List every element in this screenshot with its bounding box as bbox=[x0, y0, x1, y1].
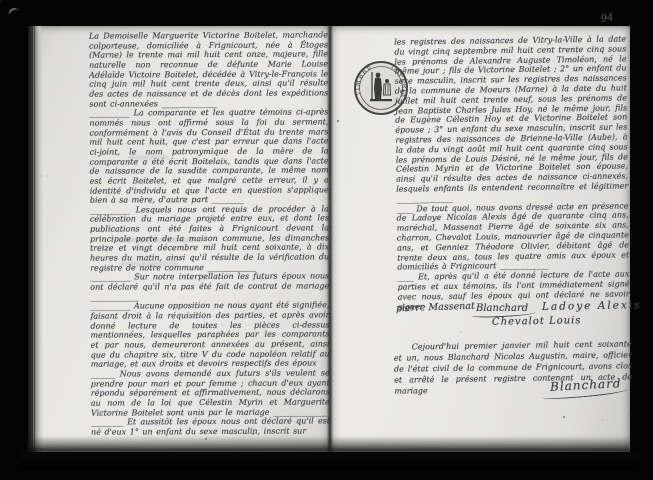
handwritten-paragraph: __________ Lesquels nous ont requis de p… bbox=[90, 204, 329, 273]
handwritten-paragraph: La Demoiselle Marguerite Victorine Boite… bbox=[89, 30, 328, 109]
dust-specks bbox=[0, 0, 2, 2]
signature-chevalot: Chevalot Louis bbox=[492, 315, 582, 328]
signature-ladoye: Ladoye Alexis bbox=[542, 299, 642, 313]
signature-blanchard-witness: Blanchard bbox=[476, 303, 528, 314]
handwritten-paragraph: les registres des naissances de Vitry-la… bbox=[394, 34, 628, 204]
signature-massenat: pierre Massenat bbox=[396, 301, 475, 315]
handwritten-paragraph: ______ Nous avons demandé aux futurs s'i… bbox=[91, 368, 330, 418]
binding-gutter bbox=[327, 26, 333, 452]
folio-number: 94 bbox=[600, 12, 614, 25]
book-fore-edge bbox=[28, 26, 43, 452]
handwritten-paragraph: __________ Aucune opposition ne nous aya… bbox=[90, 301, 329, 370]
right-page-handwritten-text: les registres des naissances de Vitry-la… bbox=[394, 34, 630, 312]
scan-bottom-shadow bbox=[20, 447, 638, 469]
left-page-handwritten-text: La Demoiselle Marguerite Victorine Boite… bbox=[89, 30, 330, 437]
handwritten-paragraph: __________ La comparante et les quatre t… bbox=[89, 108, 329, 206]
handwritten-paragraph: __________ Sur notre interpellation les … bbox=[90, 272, 329, 302]
signature-mayor-blanchard: Blanchard bbox=[550, 376, 622, 394]
handwritten-paragraph: ____ De tout quoi, nous avons dressé act… bbox=[396, 201, 629, 273]
register-scan: La Demoiselle Marguerite Victorine Boite… bbox=[0, 0, 653, 480]
handwritten-paragraph: ________ Et aussitôt les époux nous ont … bbox=[91, 417, 330, 438]
scan-artifact bbox=[7, 6, 22, 21]
right-page: TIMBRE IMPÉRIAL les registres des naissa… bbox=[330, 26, 630, 452]
left-page: La Demoiselle Marguerite Victorine Boite… bbox=[28, 26, 330, 452]
